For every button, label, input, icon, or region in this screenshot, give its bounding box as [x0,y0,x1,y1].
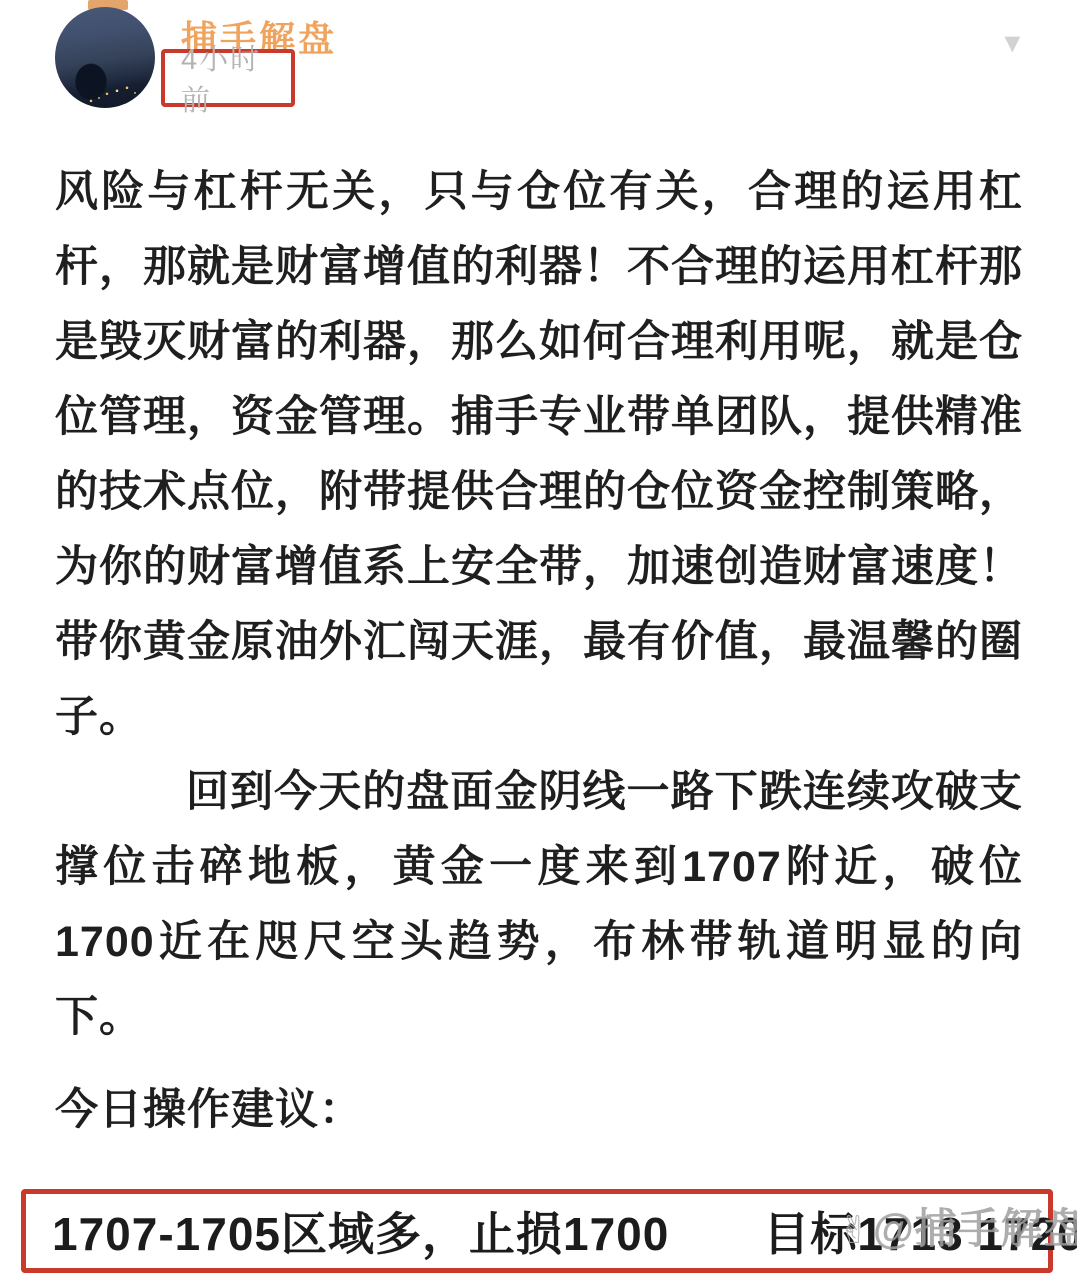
timestamp-highlight-box: 4小时前 [161,49,295,107]
watermark-text: @捕手解盘 [873,1205,1077,1252]
post-container: 捕手解盘 4小时前 ▼ 风险与杠杆无关，只与仓位有关，合理的运用杠杆，那就是财富… [0,0,1077,1279]
chevron-down-icon[interactable]: ▼ [999,30,1026,57]
advice-label: 今日操作建议： [55,1073,1023,1148]
paragraph-2: 回到今天的盘面金阴线一路下跌连续攻破支撑位击碎地板，黄金一度来到1707附近，破… [55,755,1023,1055]
timestamp: 4小时前 [165,37,291,119]
watermark: ✌@捕手解盘 [838,1196,1077,1256]
watermark-logo-icon: ✌ [838,1210,871,1252]
post-body: 风险与杠杆无关，只与仓位有关，合理的运用杠杆，那就是财富增值的利器！不合理的运用… [55,155,1023,1055]
avatar[interactable] [55,7,155,108]
paragraph-1: 风险与杠杆无关，只与仓位有关，合理的运用杠杆，那就是财富增值的利器！不合理的运用… [55,155,1023,755]
